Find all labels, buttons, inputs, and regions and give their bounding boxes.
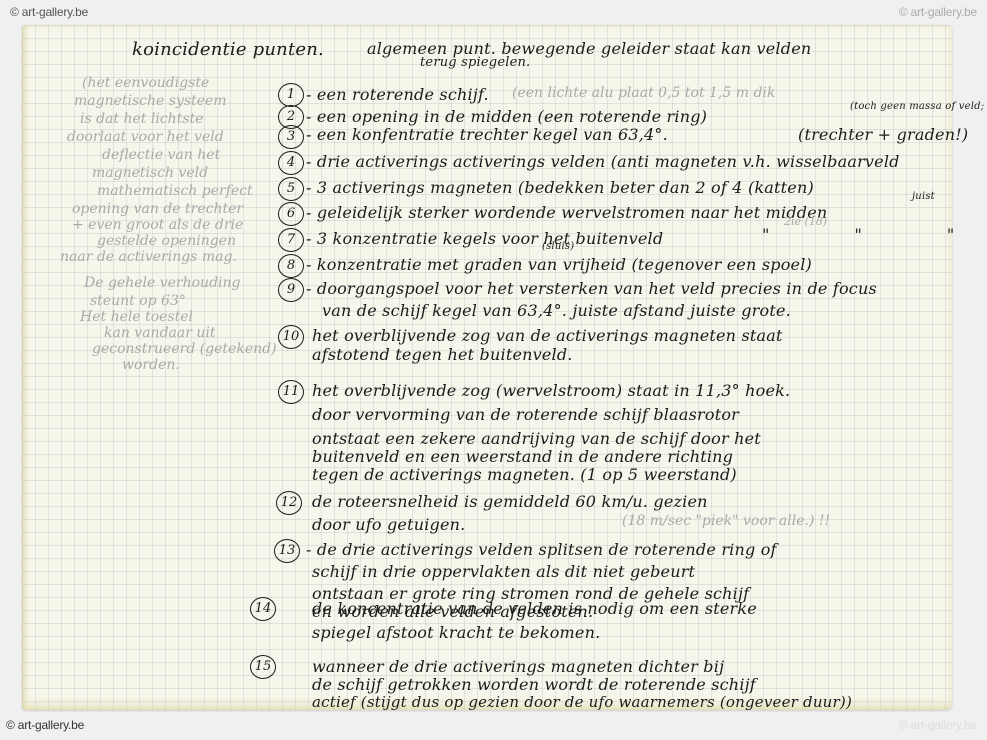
- margin-note: worden.: [122, 357, 180, 373]
- item-text: - een roterende schijf.: [306, 85, 489, 104]
- item-small-note: (toch geen massa of veld; in het midden!…: [850, 101, 987, 112]
- margin-note: deflectie van het: [102, 147, 220, 163]
- page-title: koincidentie punten.: [132, 39, 324, 60]
- item-number-badge: 3: [278, 125, 304, 149]
- margin-note: naar de activerings mag.: [60, 249, 237, 265]
- item-text: - doorgangspoel voor het versterken van …: [306, 279, 877, 298]
- item-continuation: tegen de activerings magneten. (1 op 5 w…: [312, 465, 737, 484]
- item-continuation: spiegel afstoot kracht te bekomen.: [312, 623, 600, 642]
- item-number-badge: 10: [278, 325, 304, 349]
- item-number-badge: 8: [278, 254, 304, 278]
- item-text: de koncentratie van de velden is nodig o…: [312, 599, 757, 618]
- item-number-badge: 15: [250, 655, 276, 679]
- watermark-top-right: © art-gallery.be: [899, 5, 977, 19]
- item-text: het overblijvende zog van de activerings…: [312, 326, 783, 345]
- item-note: (trechter + graden!): [798, 125, 968, 144]
- margin-note: magnetisch veld: [92, 165, 208, 181]
- item-small-note: (sluis): [542, 241, 574, 252]
- item-small-note: juist: [912, 191, 935, 202]
- margin-note: gestelde openingen: [97, 233, 236, 249]
- item-continuation: ontstaat een zekere aandrijving van de s…: [312, 429, 761, 448]
- margin-note: steunt op 63°: [90, 293, 186, 309]
- item-continuation: de schijf getrokken worden wordt de rote…: [312, 675, 756, 694]
- item-number-badge: 11: [278, 380, 304, 404]
- watermark-bottom-left: © art-gallery.be: [6, 718, 84, 732]
- margin-note: magnetische systeem: [74, 93, 227, 109]
- margin-note: geconstrueerd (getekend): [92, 341, 277, 357]
- item-number-badge: 12: [276, 491, 302, 515]
- ditto-marks: " " ": [762, 225, 987, 244]
- item-pencil-note: (een lichte alu plaat 0,5 tot 1,5 m dik: [512, 85, 775, 101]
- item-continuation: schijf in drie oppervlakten als dit niet…: [312, 562, 695, 581]
- item-text: het overblijvende zog (wervelstroom) sta…: [312, 381, 790, 400]
- item-text: - 3 konzentratie kegels voor het buitenv…: [306, 229, 663, 248]
- item-number-badge: 14: [250, 597, 276, 621]
- margin-note: mathematisch perfect: [97, 183, 253, 199]
- item-text: - de drie activerings velden splitsen de…: [306, 540, 777, 559]
- margin-note: is dat het lichtste: [80, 111, 203, 127]
- item-pencil-note: (18 m/sec "piek" voor alle.) !!: [622, 513, 830, 529]
- item-continuation: door vervorming van de roterende schijf …: [312, 405, 739, 424]
- page-subtitle-line2: terug spiegelen.: [420, 55, 530, 70]
- item-continuation: actief (stijgt dus op gezien door de ufo…: [312, 693, 852, 711]
- item-number-badge: 4: [278, 151, 304, 175]
- item-number-badge: 7: [278, 228, 304, 252]
- item-number-badge: 1: [278, 83, 304, 107]
- item-text: - 3 activerings magneten (bedekken beter…: [306, 178, 814, 197]
- item-text: - een opening in de midden (een roterend…: [306, 107, 707, 126]
- watermark-bottom-right: © art-gallery.be: [899, 718, 977, 732]
- item-number-badge: 5: [278, 177, 304, 201]
- item-number-badge: 9: [278, 278, 304, 302]
- item-number-badge: 6: [278, 202, 304, 226]
- item-continuation: afstotend tegen het buitenveld.: [312, 345, 573, 364]
- margin-note: opening van de trechter: [72, 201, 243, 217]
- margin-note: + even groot als de drie: [72, 217, 243, 233]
- margin-note: De gehele verhouding: [84, 275, 241, 291]
- item-text: - konzentratie met graden van vrijheid (…: [306, 255, 812, 274]
- item-text: - drie activerings activerings velden (a…: [306, 152, 900, 171]
- item-text: de roteersnelheid is gemiddeld 60 km/u. …: [312, 492, 708, 511]
- margin-note: kan vandaar uit: [104, 325, 216, 341]
- item-text: - geleidelijk sterker wordende wervelstr…: [306, 203, 827, 222]
- watermark-top-left: © art-gallery.be: [10, 5, 88, 19]
- item-text: wanneer de drie activerings magneten dic…: [312, 657, 724, 676]
- item-continuation: door ufo getuigen.: [312, 515, 465, 534]
- graph-paper-sheet: koincidentie punten. algemeen punt. bewe…: [22, 25, 952, 710]
- item-continuation: buitenveld en een weerstand in de andere…: [312, 447, 733, 466]
- margin-note: (het eenvoudigste: [82, 75, 209, 91]
- item-number-badge: 13: [274, 539, 300, 563]
- item-continuation: van de schijf kegel van 63,4°. juiste af…: [322, 301, 791, 320]
- margin-note: doorlaat voor het veld: [67, 129, 224, 145]
- margin-note: Het hele toestel: [80, 309, 193, 325]
- item-text: - een konfentratie trechter kegel van 63…: [306, 125, 668, 144]
